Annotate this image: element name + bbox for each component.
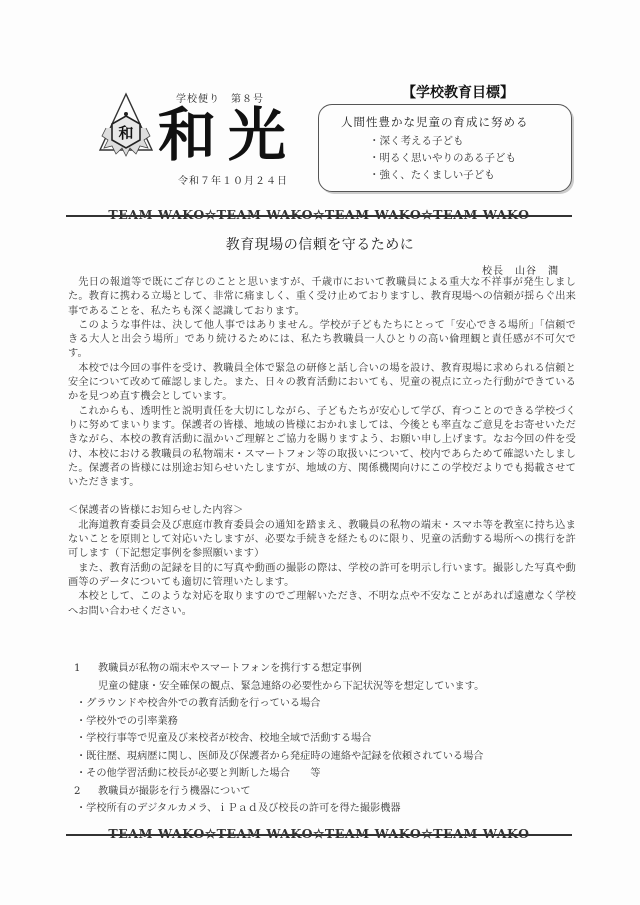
case-item: ・学校所有のデジタルカメラ、ｉＰａｄ及び校長の許可を得た撮影機器 <box>68 800 576 818</box>
case-section-number: 2 <box>68 783 98 801</box>
case-section-title: 教職員が私物の端末やスマートフォンを携行する想定事例 <box>98 663 362 674</box>
notice-paragraph: また、教育活動の記録を目的に写真や動画の撮影の際は、学校の許可を明示し行います。… <box>68 562 576 591</box>
case-item: ・既往歴、現病歴に関し、医師及び保護者から発症時の連絡や記録を依頼されている場合 <box>68 748 576 766</box>
article-paragraph: 先日の報道等で既にご存じのことと思いますが、千歳市において教職員による重大な不祥… <box>68 276 576 319</box>
school-goals-heading: 【学校教育目標】 <box>402 82 514 102</box>
team-wako-banner-top: TEAM WAKO☆TEAM WAKO☆TEAM WAKO☆TEAM WAKO <box>66 207 572 223</box>
case-item: ・グラウンドや校舎外での教育活動を行っている場合 <box>68 695 576 713</box>
team-wako-banner-bottom: TEAM WAKO☆TEAM WAKO☆TEAM WAKO☆TEAM WAKO <box>66 826 572 842</box>
notice-paragraph: 本校として、このような対応を取りますのでご理解いただき、不明な点や不安なことがあ… <box>68 590 576 619</box>
case-section-number: 1 <box>68 660 98 678</box>
article-paragraph: このような事件は、決して他人事ではありません。学校が子どもたちにとって「安心でき… <box>68 319 576 362</box>
case-section-title: 教職員が撮影を行う機器について <box>98 786 251 797</box>
notice-paragraph: 北海道教育委員会及び恵庭市教育委員会の通知を踏まえ、教職員の私物の端末・スマホ等… <box>68 519 576 562</box>
article-paragraph: これからも、透明性と説明責任を大切にしながら、子どもたちが安心して学び、育つこと… <box>68 405 576 491</box>
notice-heading: ＜保護者の皆様にお知らせした内容＞ <box>68 504 576 518</box>
case-section-1-description: 児童の健康・安全確保の観点、緊急連絡の必要性から下記状況等を想定しています。 <box>68 678 576 696</box>
goal-item: ・強く、たくましい子ども <box>369 167 516 184</box>
school-goals-list: ・深く考える子ども ・明るく思いやりのある子ども ・強く、たくましい子ども <box>369 133 516 184</box>
case-item: ・学校外での引率業務 <box>68 713 576 731</box>
newsletter-title: 和光 <box>158 102 298 168</box>
school-emblem-icon: 和 <box>98 92 154 162</box>
school-goals-box: 人間性豊かな児童の育成に努める ・深く考える子ども ・明るく思いやりのある子ども… <box>318 104 572 192</box>
article-author: 校長 山谷 潤 <box>482 262 559 277</box>
article-paragraph: 本校では今回の事件を受け、教職員全体で緊急の研修と話し合いの場を設け、教育現場に… <box>68 362 576 405</box>
article-title: 教育現場の信頼を守るために <box>0 234 640 254</box>
newsletter-page: 和 学校便り 第８号 和光 令和７年１０月２４日 【学校教育目標】 人間性豊かな… <box>0 0 640 905</box>
article-body: 先日の報道等で既にご存じのことと思いますが、千歳市において教職員による重大な不祥… <box>68 276 576 619</box>
case-item: ・学校行事等で児童及び来校者が校舎、校地全域で活動する場合 <box>68 730 576 748</box>
case-section-1-title: 1教職員が私物の端末やスマートフォンを携行する想定事例 <box>68 660 576 678</box>
case-section-2-title: 2教職員が撮影を行う機器について <box>68 783 576 801</box>
issue-date: 令和７年１０月２４日 <box>178 172 288 187</box>
svg-text:和: 和 <box>118 124 133 142</box>
goal-item: ・深く考える子ども <box>369 133 516 150</box>
assumed-cases-section: 1教職員が私物の端末やスマートフォンを携行する想定事例 児童の健康・安全確保の観… <box>68 660 576 818</box>
school-goals-main: 人間性豊かな児童の育成に努める <box>341 114 529 130</box>
goal-item: ・明るく思いやりのある子ども <box>369 150 516 167</box>
case-item: ・その他学習活動に校長が必要と判断した場合 等 <box>68 765 576 783</box>
